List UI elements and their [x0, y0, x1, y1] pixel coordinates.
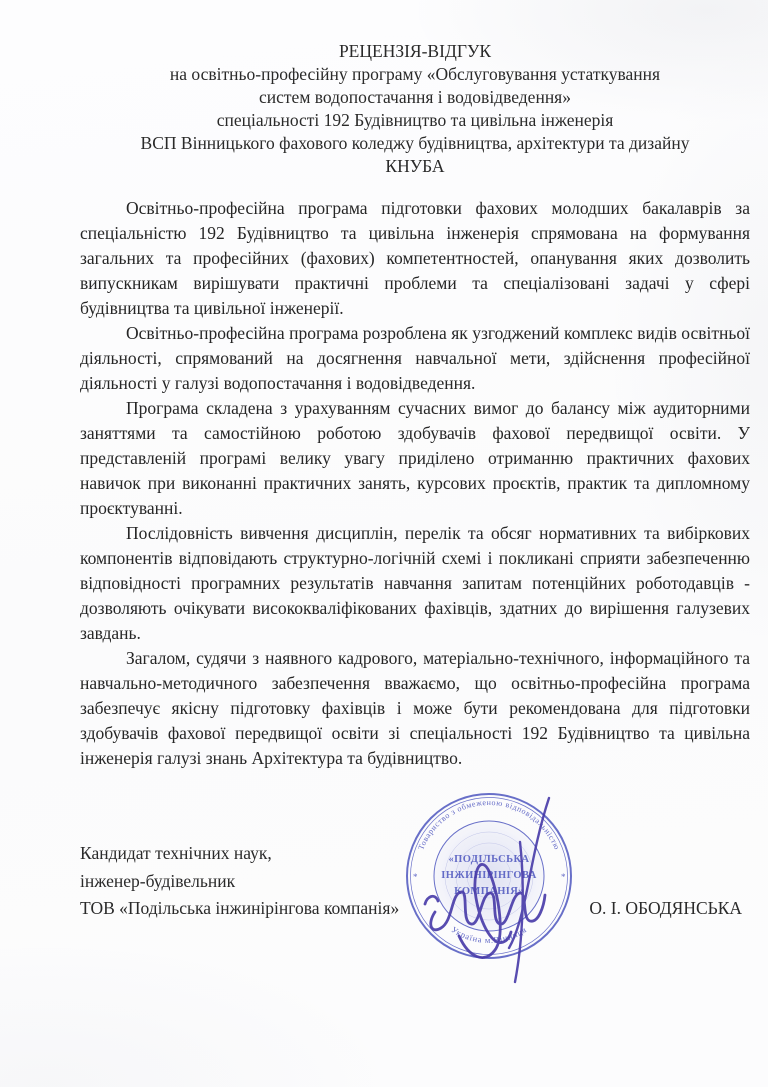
- scanned-document-page: РЕЦЕНЗІЯ-ВІДГУК на освітньо-професійну п…: [0, 0, 768, 1087]
- subtitle-line: систем водопостачання і водовідведення»: [80, 86, 750, 109]
- subtitle-line: на освітньо-професійну програму «Обслуго…: [80, 63, 750, 86]
- body-paragraph: Послідовність вивчення дисциплін, перелі…: [80, 521, 750, 646]
- body-paragraph: Загалом, судячи з наявного кадрового, ма…: [80, 646, 750, 771]
- signature-block: Кандидат технічних наук, інженер-будівел…: [80, 840, 742, 923]
- subtitle-line: спеціальності 192 Будівництво та цивільн…: [80, 109, 750, 132]
- body-paragraph: Освітньо-професійна програма підготовки …: [80, 196, 750, 321]
- svg-text:Україна м.Вінниця: Україна м.Вінниця: [450, 924, 529, 945]
- signer-role-line: інженер-будівельник: [80, 868, 742, 896]
- document-header: РЕЦЕНЗІЯ-ВІДГУК на освітньо-професійну п…: [80, 0, 750, 178]
- document-title: РЕЦЕНЗІЯ-ВІДГУК: [80, 40, 750, 63]
- subtitle-line: КНУБА: [80, 155, 750, 178]
- document-body: Освітньо-професійна програма підготовки …: [80, 196, 750, 771]
- company-line: ТОВ «Подільська інжинірінгова компанія»: [80, 895, 399, 923]
- body-paragraph: Освітньо-професійна програма розроблена …: [80, 321, 750, 396]
- stamp-ring-text-bottom: Україна м.Вінниця: [450, 924, 529, 945]
- signer-degree-line: Кандидат технічних наук,: [80, 840, 742, 868]
- signer-name: О. І. ОБОДЯНСЬКА: [589, 895, 742, 923]
- subtitle-line: ВСП Вінницького фахового коледжу будівни…: [80, 132, 750, 155]
- body-paragraph: Програма складена з урахуванням сучасних…: [80, 396, 750, 521]
